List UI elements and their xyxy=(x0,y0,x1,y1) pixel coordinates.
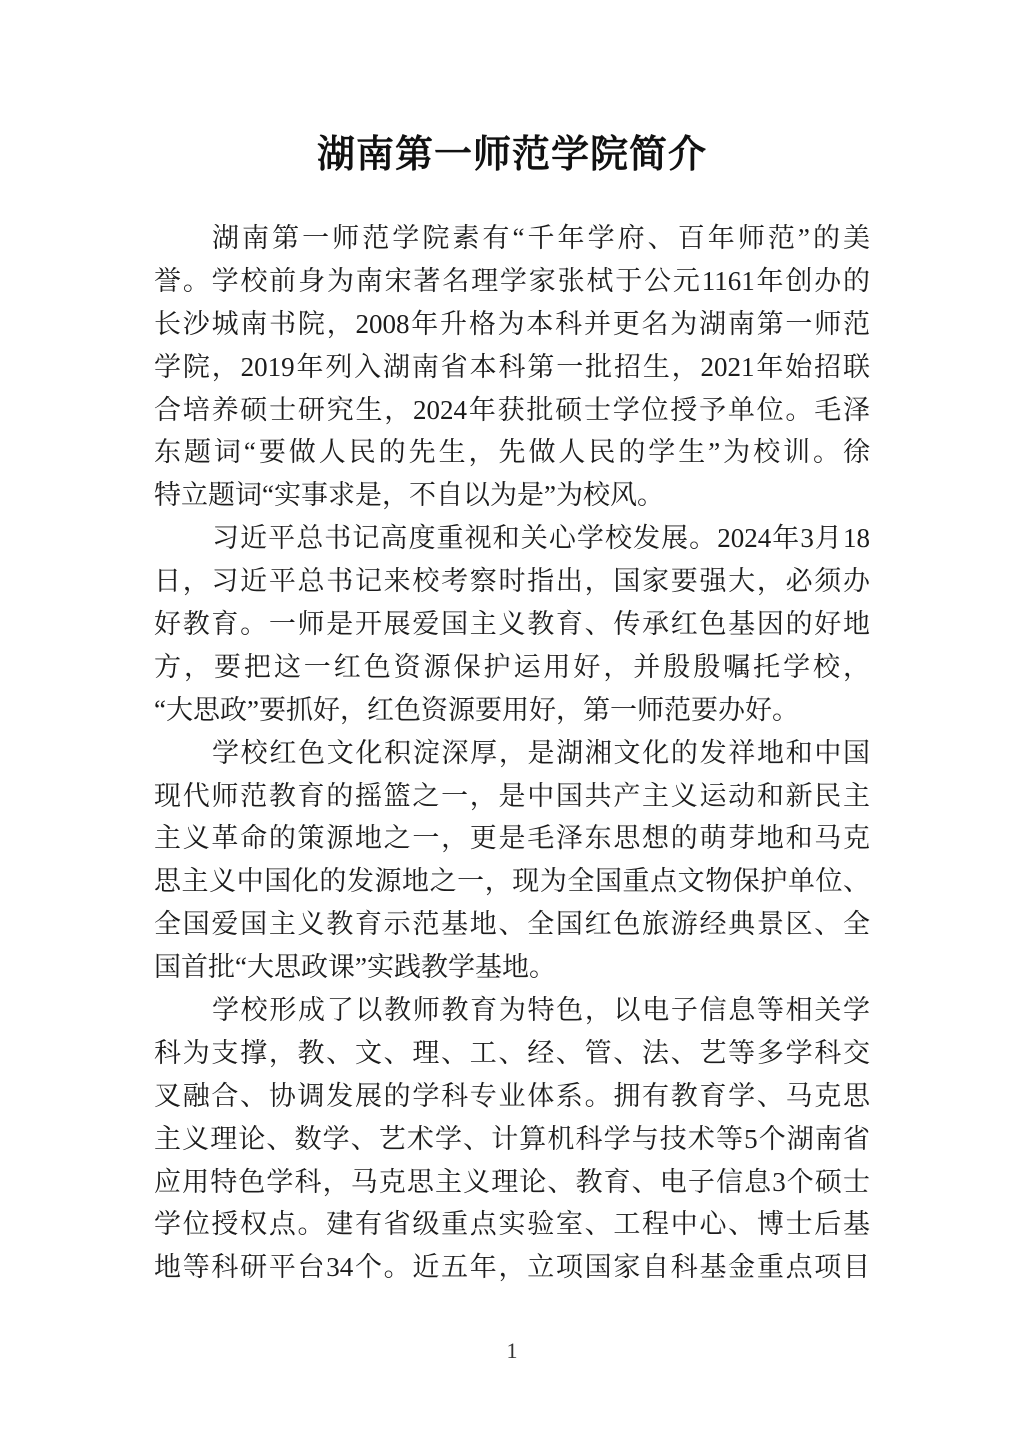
text-line: 思主义中国化的发源地之一，现为全国重点文物保护单位、 xyxy=(154,860,870,903)
text-line: 地等科研平台34个。近五年，立项国家自科基金重点项目 xyxy=(154,1246,870,1289)
text-line: 东题词“要做人民的先生，先做人民的学生”为校训。徐 xyxy=(154,431,870,474)
text-line: 学校形成了以教师教育为特色，以电子信息等相关学 xyxy=(154,989,870,1032)
text-line: 习近平总书记高度重视和关心学校发展。2024年3月18 xyxy=(154,517,870,560)
text-line: 学院，2019年列入湖南省本科第一批招生，2021年始招联 xyxy=(154,346,870,389)
text-line: 长沙城南书院，2008年升格为本科并更名为湖南第一师范 xyxy=(154,303,870,346)
text-line: 全国爱国主义教育示范基地、全国红色旅游经典景区、全 xyxy=(154,903,870,946)
text-line: 科为支撑，教、文、理、工、经、管、法、艺等多学科交 xyxy=(154,1032,870,1075)
text-line: 好教育。一师是开展爱国主义教育、传承红色基因的好地 xyxy=(154,603,870,646)
paragraph-leader-visit: 习近平总书记高度重视和关心学校发展。2024年3月18 日，习近平总书记来校考察… xyxy=(154,517,870,731)
text-line: 主义革命的策源地之一，更是毛泽东思想的萌芽地和马克 xyxy=(154,817,870,860)
text-line: 叉融合、协调发展的学科专业体系。拥有教育学、马克思 xyxy=(154,1075,870,1118)
text-line: 日，习近平总书记来校考察时指出，国家要强大，必须办 xyxy=(154,560,870,603)
text-line: 学位授权点。建有省级重点实验室、工程中心、博士后基 xyxy=(154,1203,870,1246)
text-line: 誉。学校前身为南宋著名理学家张栻于公元1161年创办的 xyxy=(154,260,870,303)
paragraph-history: 湖南第一师范学院素有“千年学府、百年师范”的美 誉。学校前身为南宋著名理学家张栻… xyxy=(154,217,870,517)
document-page: 湖南第一师范学院简介 湖南第一师范学院素有“千年学府、百年师范”的美 誉。学校前… xyxy=(0,0,1024,1448)
text-line: 方，要把这一红色资源保护运用好，并殷殷嘱托学校， xyxy=(154,646,870,689)
page-number: 1 xyxy=(0,1336,1024,1366)
text-line: “大思政”要抓好，红色资源要用好，第一师范要办好。 xyxy=(154,689,870,732)
text-line: 主义理论、数学、艺术学、计算机科学与技术等5个湖南省 xyxy=(154,1118,870,1161)
paragraph-red-culture: 学校红色文化积淀深厚，是湖湘文化的发祥地和中国 现代师范教育的摇篮之一，是中国共… xyxy=(154,732,870,989)
paragraph-disciplines: 学校形成了以教师教育为特色，以电子信息等相关学 科为支撑，教、文、理、工、经、管… xyxy=(154,989,870,1289)
document-body: 湖南第一师范学院素有“千年学府、百年师范”的美 誉。学校前身为南宋著名理学家张栻… xyxy=(154,217,870,1289)
text-line: 合培养硕士研究生，2024年获批硕士学位授予单位。毛泽 xyxy=(154,389,870,432)
text-line: 国首批“大思政课”实践教学基地。 xyxy=(154,946,870,989)
text-line: 特立题词“实事求是，不自以为是”为校风。 xyxy=(154,474,870,517)
text-line: 现代师范教育的摇篮之一，是中国共产主义运动和新民主 xyxy=(154,775,870,818)
text-line: 学校红色文化积淀深厚，是湖湘文化的发祥地和中国 xyxy=(154,732,870,775)
document-title: 湖南第一师范学院简介 xyxy=(0,130,1024,180)
text-line: 湖南第一师范学院素有“千年学府、百年师范”的美 xyxy=(154,217,870,260)
text-line: 应用特色学科，马克思主义理论、教育、电子信息3个硕士 xyxy=(154,1161,870,1204)
